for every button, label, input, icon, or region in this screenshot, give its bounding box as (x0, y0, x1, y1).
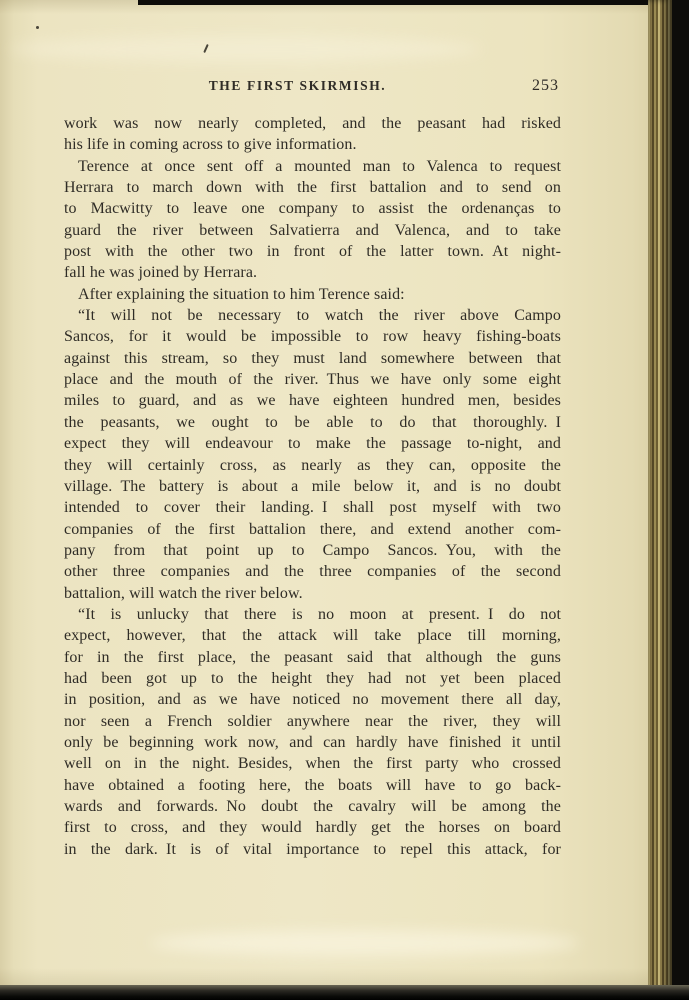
paper-light-streak (150, 930, 580, 956)
ink-speck (36, 26, 39, 29)
text-line: place and the mouth of the river. Thus w… (64, 369, 561, 390)
text-line: Herrara to march down with the first bat… (64, 177, 561, 198)
text-line: wards and forwards. No doubt the cavalry… (64, 796, 561, 817)
text-line: village. The battery is about a mile bel… (64, 476, 561, 497)
text-block: work was now nearly completed, and the p… (64, 113, 561, 860)
text-line: “It will not be necessary to watch the r… (64, 305, 561, 326)
text-line: only be beginning work now, and can hard… (64, 732, 561, 753)
paragraph: After explaining the situation to him Te… (64, 284, 561, 305)
scanner-top-edge (138, 0, 689, 5)
text-line: in position, and as we have noticed no m… (64, 689, 561, 710)
text-line: battalion, will watch the river below. (64, 583, 561, 604)
text-line: post with the other two in front of the … (64, 241, 561, 262)
text-line: miles to guard, and as we have eighteen … (64, 390, 561, 411)
text-line: for in the first place, the peasant said… (64, 647, 561, 668)
text-line: well on in the night. Besides, when the … (64, 753, 561, 774)
text-line: work was now nearly completed, and the p… (64, 113, 561, 134)
text-line: “It is unlucky that there is no moon at … (64, 604, 561, 625)
book-scan: THE FIRST SKIRMISH. 253 work was now nea… (0, 0, 689, 1000)
text-line: expect they will endeavour to make the p… (64, 433, 561, 454)
text-line: the peasants, we ought to be able to do … (64, 412, 561, 433)
text-line: Sancos, for it would be impossible to ro… (64, 326, 561, 347)
scan-bottom-edge (0, 985, 689, 1000)
text-line: fall he was joined by Herrara. (64, 262, 561, 283)
text-line: they will certainly cross, as nearly as … (64, 455, 561, 476)
text-line: his life in coming across to give inform… (64, 134, 561, 155)
text-line: other three companies and the three comp… (64, 561, 561, 582)
text-line: nor seen a French soldier anywhere near … (64, 711, 561, 732)
text-line: have obtained a footing here, the boats … (64, 775, 561, 796)
text-line: companies of the first battalion there, … (64, 519, 561, 540)
text-line: intended to cover their landing. I shall… (64, 497, 561, 518)
book-page: THE FIRST SKIRMISH. 253 work was now nea… (0, 0, 672, 994)
paragraph: work was now nearly completed, and the p… (64, 113, 561, 156)
text-line: pany from that point up to Campo Sancos.… (64, 540, 561, 561)
text-line: first to cross, and they would hardly ge… (64, 817, 561, 838)
text-line: against this stream, so they must land s… (64, 348, 561, 369)
text-line: expect, however, that the attack will ta… (64, 625, 561, 646)
stacked-page-edges (648, 0, 672, 994)
paragraph: “It is unlucky that there is no moon at … (64, 604, 561, 860)
text-line: in the dark. It is of vital importance t… (64, 839, 561, 860)
page-title: THE FIRST SKIRMISH. (49, 78, 546, 94)
paper-light-streak (10, 36, 480, 62)
text-line: Terence at once sent off a mounted man t… (64, 156, 561, 177)
scan-right-edge (672, 0, 689, 1000)
paragraph: “It will not be necessary to watch the r… (64, 305, 561, 604)
text-line: had been got up to the height they had n… (64, 668, 561, 689)
running-head: THE FIRST SKIRMISH. 253 (64, 78, 561, 98)
paragraph: Terence at once sent off a mounted man t… (64, 156, 561, 284)
page-number: 253 (532, 77, 559, 95)
text-line: to Macwitty to leave one company to assi… (64, 198, 561, 219)
text-line: After explaining the situation to him Te… (64, 284, 561, 305)
text-line: guard the river between Salvatierra and … (64, 220, 561, 241)
